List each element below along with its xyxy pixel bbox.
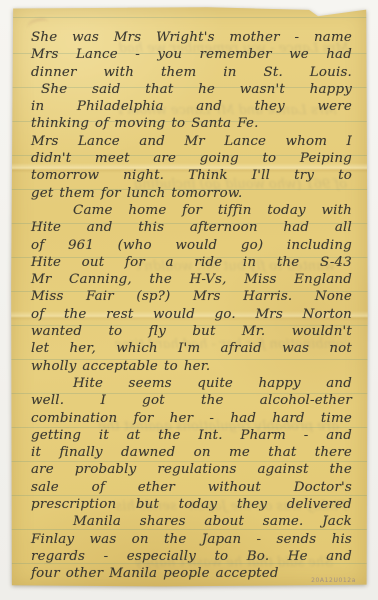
letter-line: thinking of moving to Santa Fe. xyxy=(31,115,352,132)
letter-line: Hite seems quite happy and xyxy=(31,375,352,392)
letter-line: Manila shares about same. Jack xyxy=(31,513,352,530)
letter-line: tomorrow night. Think I'll try to xyxy=(31,167,352,184)
letter-line: four other Manila people accepted xyxy=(31,565,352,582)
letter-line: dinner with them in St. Louis. xyxy=(31,64,352,81)
letter-line: Finlay was on the Japan - sends his xyxy=(31,531,352,548)
paper-shadow-wrap: Mrs Lance - you remember we had Mrs Lanc… xyxy=(0,0,378,600)
letter-line: She said that he wasn't happy xyxy=(31,81,352,98)
scan-background: Mrs Lance - you remember we had Mrs Lanc… xyxy=(0,0,378,600)
letter-line: in Philadelphia and they were xyxy=(31,98,352,115)
letter-body: She was Mrs Wright's mother - nameMrs La… xyxy=(31,29,352,583)
letter-line: Mrs Lance - you remember we had xyxy=(31,46,352,63)
letter-line: get them for lunch tomorrow. xyxy=(31,185,352,202)
letter-page: Mrs Lance - you remember we had Mrs Lanc… xyxy=(11,7,368,587)
letter-line: of 961 (who would go) including xyxy=(31,237,352,254)
letter-line: of the rest would go. Mrs Norton xyxy=(31,306,352,323)
letter-line: it finally dawned on me that there xyxy=(31,444,352,461)
letter-line: well. I got the alcohol-ether xyxy=(31,392,352,409)
letter-line: Hite and this afternoon had all xyxy=(31,219,352,236)
letter-line: let her, which I'm afraid was not xyxy=(31,340,352,357)
letter-line: Came home for tiffin today with xyxy=(31,202,352,219)
letter-line: Mrs Lance and Mr Lance whom I xyxy=(31,133,352,150)
letter-line: are probably regulations against the xyxy=(31,461,352,478)
letter-line: combination for her - had hard time xyxy=(31,410,352,427)
letter-line: Mr Canning, the H-Vs, Miss England xyxy=(31,271,352,288)
letter-line: wanted to fly but Mr. wouldn't xyxy=(31,323,352,340)
letter-line: She was Mrs Wright's mother - name xyxy=(31,29,352,46)
archive-watermark: 20A12U012a xyxy=(311,577,356,584)
letter-line: Hite out for a ride in the S-43 xyxy=(31,254,352,271)
letter-line: prescription but today they delivered xyxy=(31,496,352,513)
letter-line: getting it at the Int. Pharm - and xyxy=(31,427,352,444)
letter-line: sale of ether without Doctor's xyxy=(31,479,352,496)
letter-line: wholly acceptable to her. xyxy=(31,358,352,375)
letter-line: Miss Fair (sp?) Mrs Harris. None xyxy=(31,288,352,305)
letter-line: didn't meet are going to Peiping xyxy=(31,150,352,167)
letter-line: regards - especially to Bo. He and xyxy=(31,548,352,565)
